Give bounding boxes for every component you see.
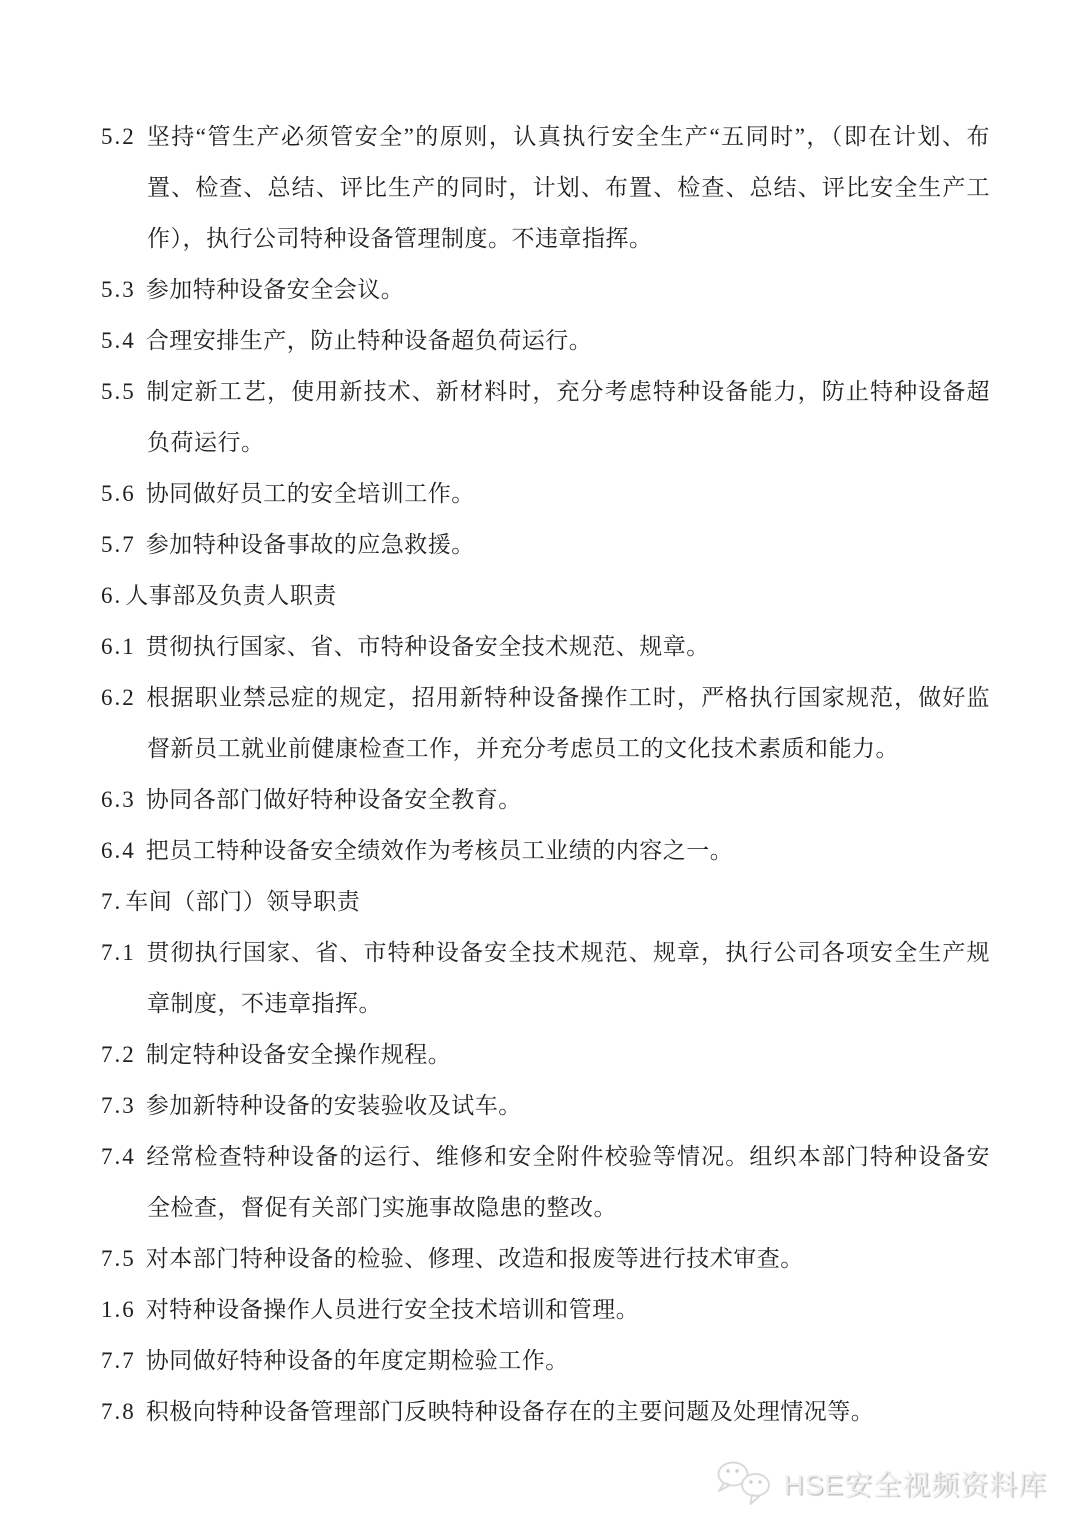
list-item-7-4: 7.4经常检查特种设备的运行、维修和安全附件校验等情况。组织本部门特种设备安全检… <box>101 1131 990 1233</box>
item-number: 5.4 <box>101 328 136 353</box>
section-heading-6: 6.人事部及负责人职责 <box>101 570 990 621</box>
item-text: 协同做好特种设备的年度定期检验工作。 <box>146 1348 569 1373</box>
item-number: 5.2 <box>101 124 136 149</box>
item-number: 7.2 <box>101 1042 136 1067</box>
list-item-7-2: 7.2制定特种设备安全操作规程。 <box>101 1029 990 1080</box>
watermark-label: HSE安全视频资料库 <box>783 1463 1047 1503</box>
item-text: 参加新特种设备的安装验收及试车。 <box>146 1093 522 1118</box>
item-number: 6.1 <box>101 634 136 659</box>
item-number: 7.3 <box>101 1093 136 1118</box>
item-number: 6. <box>101 583 122 608</box>
watermark: HSE安全视频资料库 <box>714 1459 1047 1507</box>
item-number: 6.3 <box>101 787 136 812</box>
item-number: 5.5 <box>101 379 136 404</box>
item-number: 6.2 <box>101 685 136 710</box>
item-number: 7.1 <box>101 940 136 965</box>
item-text: 参加特种设备事故的应急救援。 <box>146 532 475 557</box>
item-number: 7.7 <box>101 1348 136 1373</box>
section-heading-7: 7.车间（部门）领导职责 <box>101 876 990 927</box>
item-number: 6.4 <box>101 838 136 863</box>
list-item-7-8: 7.8积极向特种设备管理部门反映特种设备存在的主要问题及处理情况等。 <box>101 1386 990 1437</box>
list-item-5-7: 5.7参加特种设备事故的应急救援。 <box>101 519 990 570</box>
item-text: 对本部门特种设备的检验、修理、改造和报废等进行技术审查。 <box>146 1246 804 1271</box>
item-text: 把员工特种设备安全绩效作为考核员工业绩的内容之一。 <box>146 838 734 863</box>
item-text: 车间（部门）领导职责 <box>125 889 360 914</box>
item-number: 7.4 <box>101 1144 136 1169</box>
list-item-7-7: 7.7协同做好特种设备的年度定期检验工作。 <box>101 1335 990 1386</box>
item-text: 协同做好员工的安全培训工作。 <box>146 481 475 506</box>
item-text: 协同各部门做好特种设备安全教育。 <box>146 787 522 812</box>
item-text: 积极向特种设备管理部门反映特种设备存在的主要问题及处理情况等。 <box>146 1399 875 1424</box>
document-page: 5.2坚持“管生产必须管安全”的原则，认真执行安全生产“五同时”，（即在计划、布… <box>0 0 1080 1437</box>
item-text: 制定新工艺，使用新技术、新材料时，充分考虑特种设备能力，防止特种设备超负荷运行。 <box>146 379 990 455</box>
list-item-5-2: 5.2坚持“管生产必须管安全”的原则，认真执行安全生产“五同时”，（即在计划、布… <box>101 111 990 264</box>
list-item-6-1: 6.1贯彻执行国家、省、市特种设备安全技术规范、规章。 <box>101 621 990 672</box>
list-item-5-6: 5.6协同做好员工的安全培训工作。 <box>101 468 990 519</box>
item-text: 贯彻执行国家、省、市特种设备安全技术规范、规章，执行公司各项安全生产规章制度，不… <box>146 940 990 1016</box>
list-item-7-5: 7.5对本部门特种设备的检验、修理、改造和报废等进行技术审查。 <box>101 1233 990 1284</box>
item-number: 5.3 <box>101 277 136 302</box>
wechat-speech-bubbles-icon <box>714 1459 776 1507</box>
list-item-5-5: 5.5制定新工艺，使用新技术、新材料时，充分考虑特种设备能力，防止特种设备超负荷… <box>101 366 990 468</box>
list-item-6-3: 6.3协同各部门做好特种设备安全教育。 <box>101 774 990 825</box>
item-number: 7.5 <box>101 1246 136 1271</box>
item-text: 经常检查特种设备的运行、维修和安全附件校验等情况。组织本部门特种设备安全检查，督… <box>146 1144 990 1220</box>
list-item-7-3: 7.3参加新特种设备的安装验收及试车。 <box>101 1080 990 1131</box>
list-item-7-1: 7.1贯彻执行国家、省、市特种设备安全技术规范、规章，执行公司各项安全生产规章制… <box>101 927 990 1029</box>
list-item-5-4: 5.4合理安排生产，防止特种设备超负荷运行。 <box>101 315 990 366</box>
item-number: 5.7 <box>101 532 136 557</box>
list-item-6-2: 6.2根据职业禁忌症的规定，招用新特种设备操作工时，严格执行国家规范，做好监督新… <box>101 672 990 774</box>
item-text: 参加特种设备安全会议。 <box>146 277 405 302</box>
item-text: 坚持“管生产必须管安全”的原则，认真执行安全生产“五同时”，（即在计划、布置、检… <box>146 124 990 251</box>
item-number: 5.6 <box>101 481 136 506</box>
list-item-1-6: 1.6对特种设备操作人员进行安全技术培训和管理。 <box>101 1284 990 1335</box>
item-text: 贯彻执行国家、省、市特种设备安全技术规范、规章。 <box>146 634 710 659</box>
item-number: 7.8 <box>101 1399 136 1424</box>
item-text: 人事部及负责人职责 <box>125 583 337 608</box>
item-number: 1.6 <box>101 1297 136 1322</box>
list-item-6-4: 6.4把员工特种设备安全绩效作为考核员工业绩的内容之一。 <box>101 825 990 876</box>
item-text: 合理安排生产，防止特种设备超负荷运行。 <box>146 328 593 353</box>
item-text: 制定特种设备安全操作规程。 <box>146 1042 452 1067</box>
item-number: 7. <box>101 889 122 914</box>
list-item-5-3: 5.3参加特种设备安全会议。 <box>101 264 990 315</box>
item-text: 根据职业禁忌症的规定，招用新特种设备操作工时，严格执行国家规范，做好监督新员工就… <box>146 685 990 761</box>
item-text: 对特种设备操作人员进行安全技术培训和管理。 <box>146 1297 640 1322</box>
